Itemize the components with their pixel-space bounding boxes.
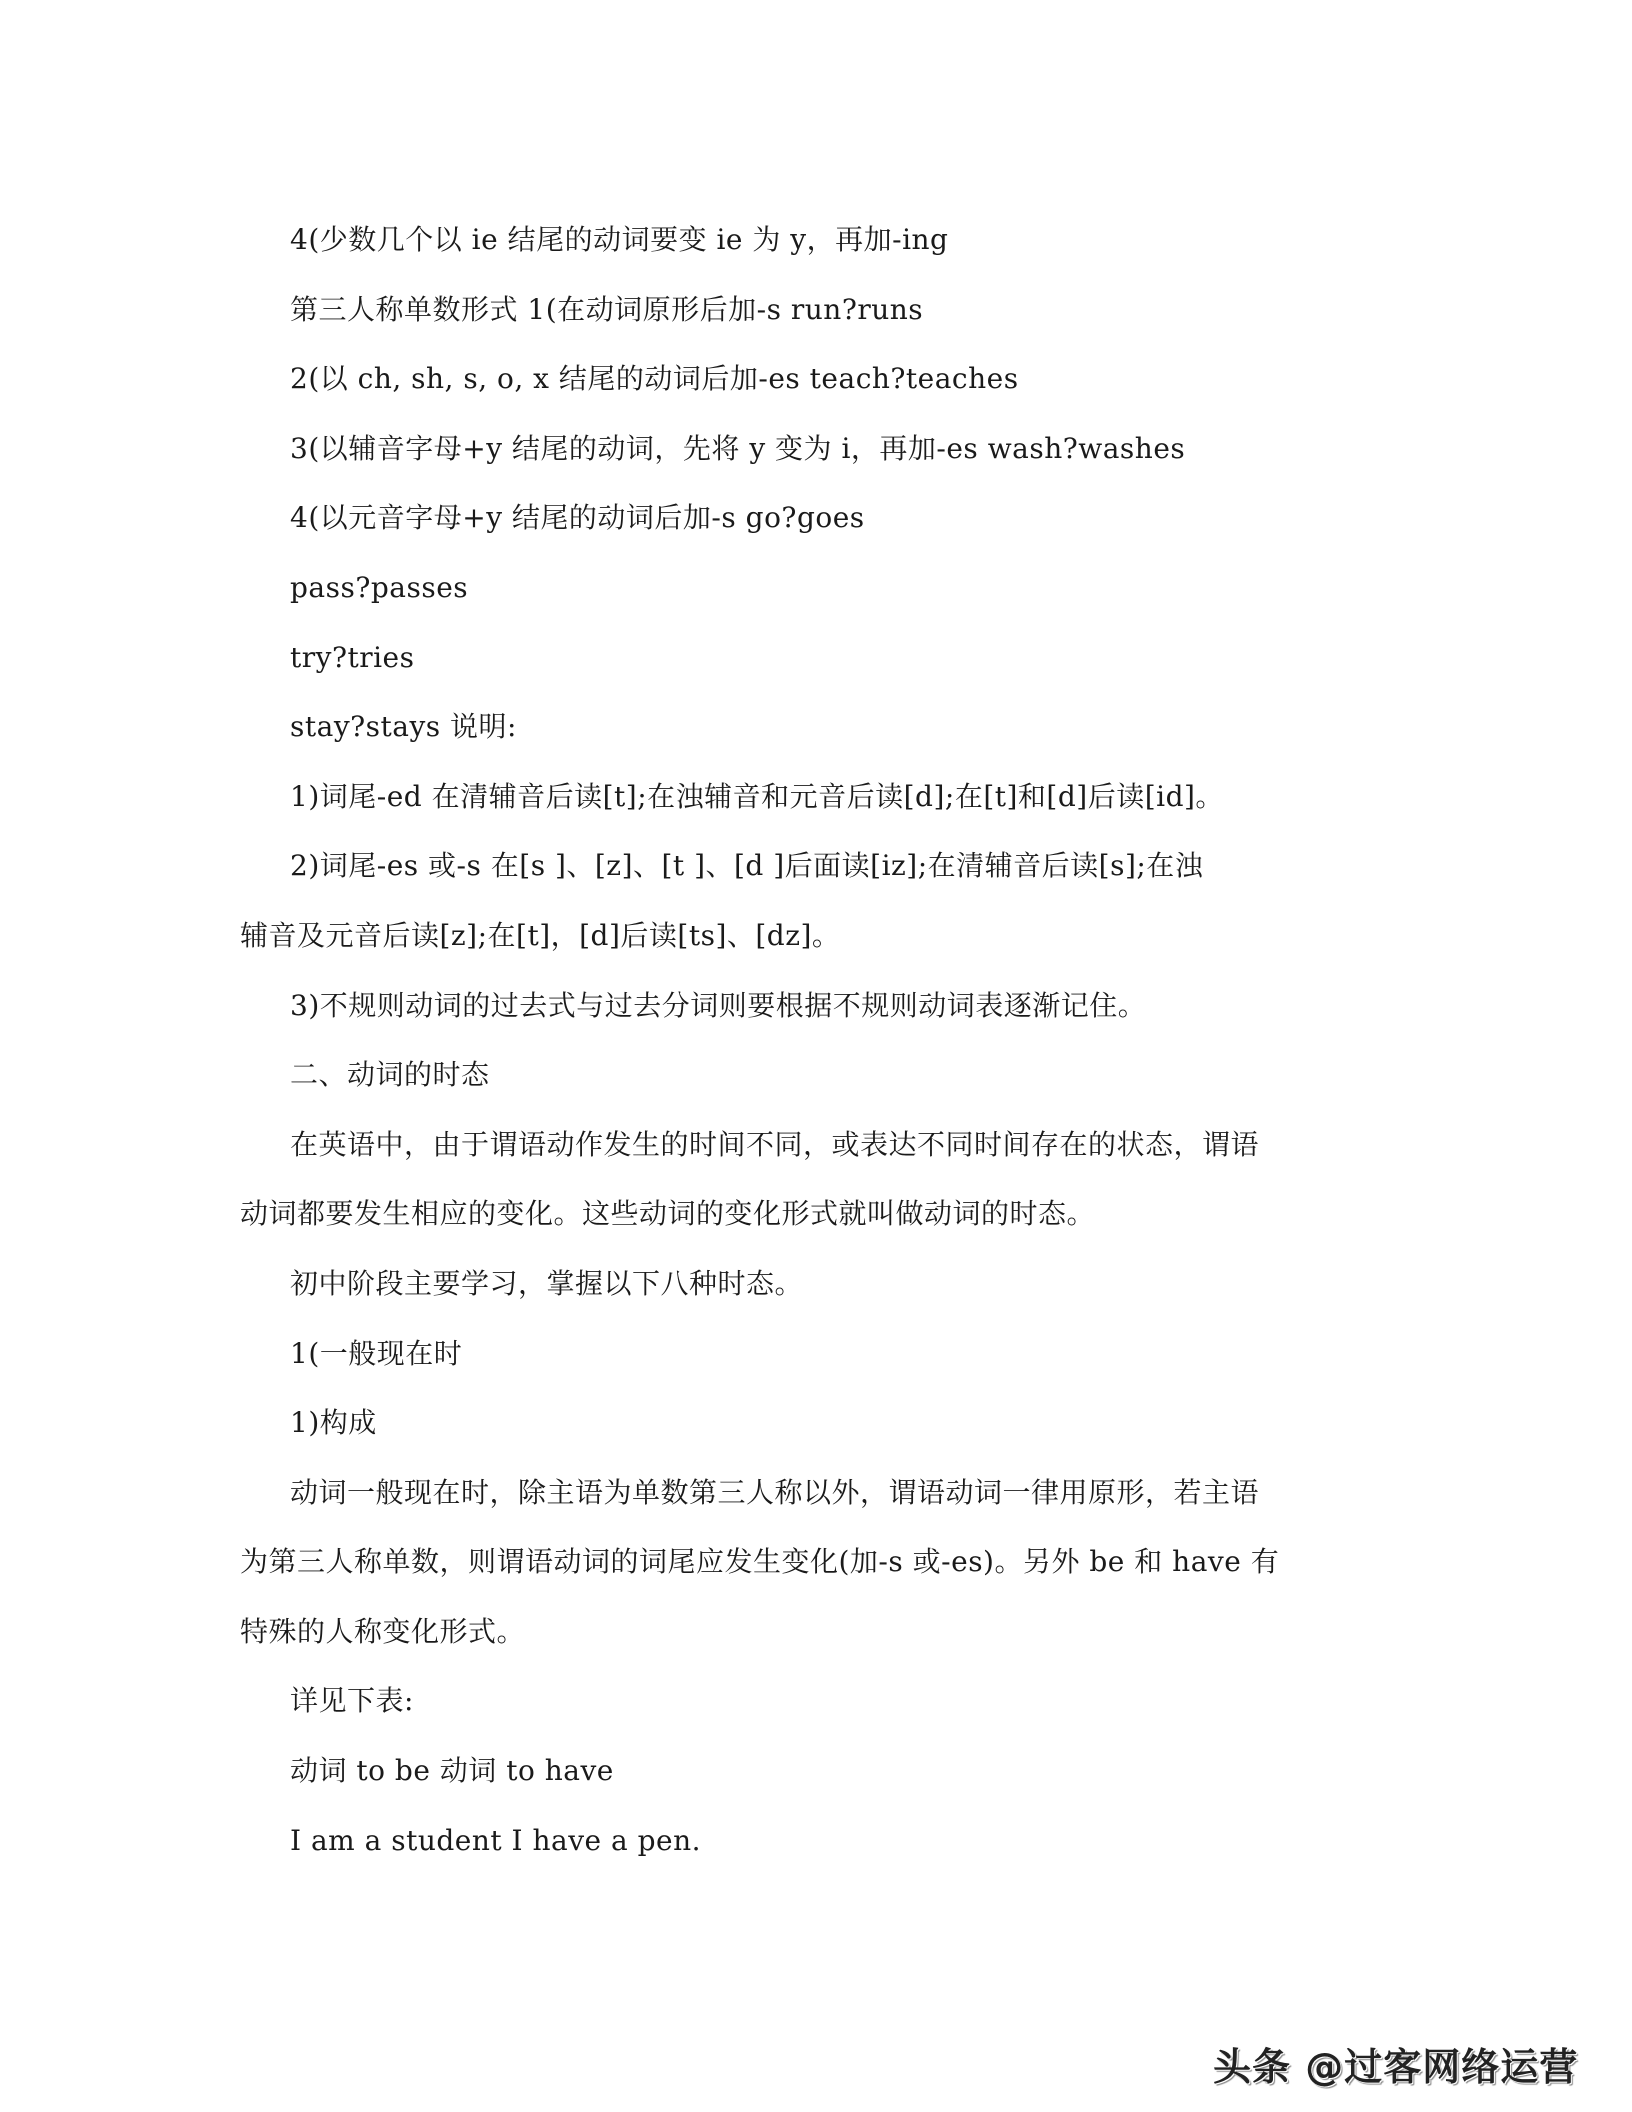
watermark: 头条 @过客网络运营: [1213, 2036, 1578, 2091]
text-line: 第三人称单数形式 1(在动词原形后加-s run?runs: [240, 288, 1375, 358]
document-page: 4(少数几个以 ie 结尾的动词要变 ie 为 y，再加-ing 第三人称单数形…: [0, 0, 1632, 2112]
text-line: 2(以 ch, sh, s, o, x 结尾的动词后加-es teach?tea…: [240, 357, 1375, 427]
text-line: try?tries: [240, 636, 1375, 706]
text-line: 详见下表:: [240, 1679, 1375, 1749]
text-line: 动词 to be 动词 to have: [240, 1749, 1375, 1819]
text-line: 3(以辅音字母+y 结尾的动词，先将 y 变为 i，再加-es wash?was…: [240, 427, 1375, 497]
text-line: 1)构成: [240, 1401, 1375, 1471]
subsection-heading: 1(一般现在时: [240, 1332, 1375, 1402]
text-line: 3)不规则动词的过去式与过去分词则要根据不规则动词表逐渐记住。: [240, 984, 1375, 1054]
text-line: 4(以元音字母+y 结尾的动词后加-s go?goes: [240, 496, 1375, 566]
document-body: 4(少数几个以 ie 结尾的动词要变 ie 为 y，再加-ing 第三人称单数形…: [240, 218, 1375, 1888]
text-line: pass?passes: [240, 566, 1375, 636]
text-line: 动词都要发生相应的变化。这些动词的变化形式就叫做动词的时态。: [240, 1192, 1375, 1262]
text-line: 辅音及元音后读[z];在[t]，[d]后读[ts]、[dz]。: [240, 914, 1375, 984]
text-line: 特殊的人称变化形式。: [240, 1610, 1375, 1680]
text-line: stay?stays 说明:: [240, 705, 1375, 775]
text-line: 为第三人称单数，则谓语动词的词尾应发生变化(加-s 或-es)。另外 be 和 …: [240, 1540, 1375, 1610]
text-line: 动词一般现在时，除主语为单数第三人称以外，谓语动词一律用原形，若主语: [240, 1471, 1375, 1541]
text-line: 4(少数几个以 ie 结尾的动词要变 ie 为 y，再加-ing: [240, 218, 1375, 288]
text-line: 初中阶段主要学习，掌握以下八种时态。: [240, 1262, 1375, 1332]
section-heading: 二、动词的时态: [240, 1053, 1375, 1123]
text-line: I am a student I have a pen.: [240, 1819, 1375, 1889]
text-line: 1)词尾-ed 在清辅音后读[t];在浊辅音和元音后读[d];在[t]和[d]后…: [240, 775, 1375, 845]
text-line: 2)词尾-es 或-s 在[s ]、[z]、[t ]、[d ]后面读[iz];在…: [240, 844, 1375, 914]
text-line: 在英语中，由于谓语动作发生的时间不同，或表达不同时间存在的状态，谓语: [240, 1123, 1375, 1193]
